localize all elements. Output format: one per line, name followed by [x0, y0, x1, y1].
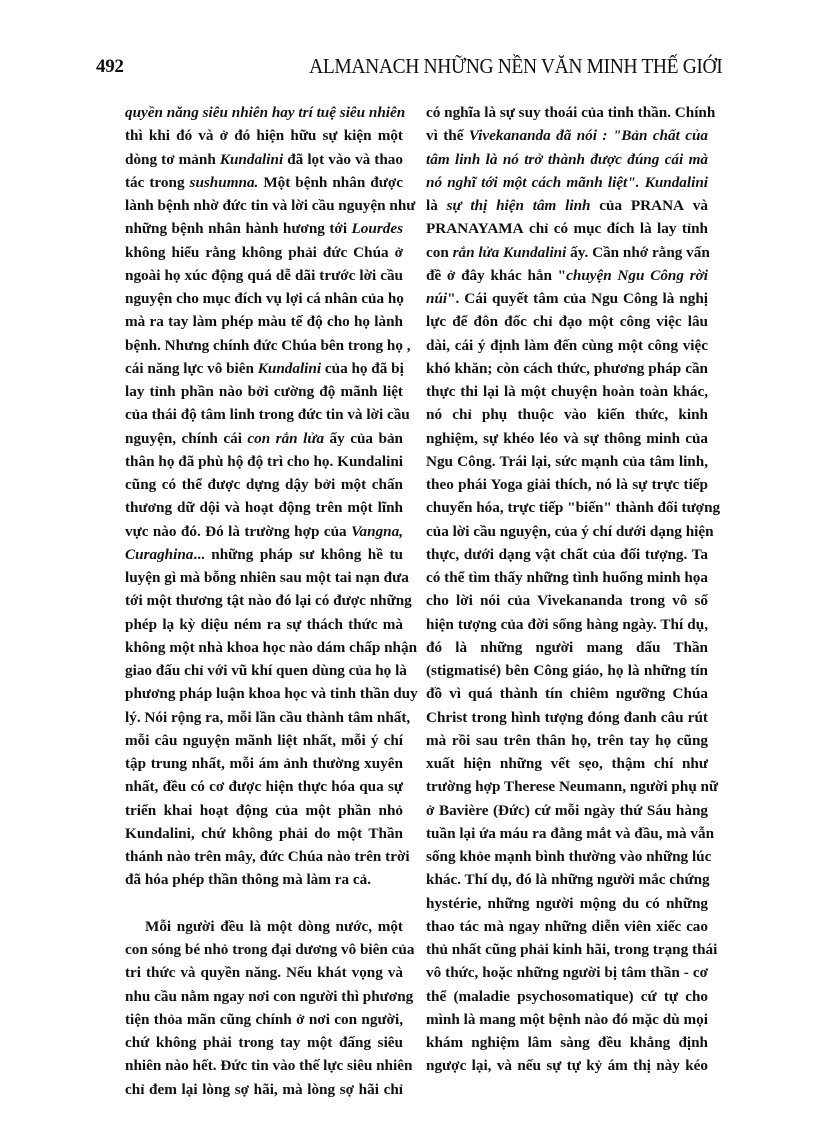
text-line: thể (maladie psychosomatique) cứ tự cho	[426, 985, 708, 1008]
text-run: thực, dưới dạng vật chất của đối tượng. …	[426, 546, 708, 563]
text-line: thương dữ dội và hoạt động trên một lĩnh	[125, 496, 403, 519]
text-line: vô thức, hoặc những người bị tâm thần - …	[426, 961, 708, 984]
book-page: 492 ALMANACH NHỮNG NỀN VĂN MINH THẾ GIỚI…	[0, 0, 816, 1123]
text-run: phương pháp luận khoa học và tinh thần d…	[125, 685, 418, 702]
text-run: vì thế	[426, 127, 469, 144]
text-line: lực để đôn đốc chỉ đạo một công việc lâu	[426, 310, 708, 333]
text-run: thánh nào trên mây, đức Chúa nào trên tr…	[125, 848, 410, 865]
text-line: có nghĩa là sự suy thoái của tinh thần. …	[426, 101, 708, 124]
italic-text: rắn lửa Kundalini	[453, 244, 567, 261]
text-line: đó là những người mang dấu Thần	[426, 636, 708, 659]
text-run: nhất, đều có cơ được hiện thực hóa qua s…	[125, 778, 403, 795]
text-line: cũng có thể được dựng dậy bởi một chấn	[125, 473, 403, 496]
text-run: không một nhà khoa học nào dám chấp nhận	[125, 639, 417, 656]
italic-text: con rắn lửa	[247, 430, 324, 447]
italic-text: Kundalini	[645, 174, 708, 191]
text-line: con sóng bé nhỏ trong đại dương vô biên …	[125, 938, 403, 961]
text-run: chứ không phải trong tay một đấng siêu	[125, 1034, 403, 1051]
text-run: của thái độ tâm linh trong đức tin và lờ…	[125, 406, 410, 423]
text-run: con	[426, 244, 453, 261]
text-run: nguyện, chính cái	[125, 430, 247, 447]
text-run: PRANAYAMA	[426, 220, 524, 237]
right-column: có nghĩa là sự suy thoái của tinh thần. …	[426, 101, 708, 1078]
text-line: thực, dưới dạng vật chất của đối tượng. …	[426, 543, 708, 566]
text-run: của họ đã bị	[321, 360, 404, 377]
italic-text: sự thị hiện tâm linh	[447, 197, 591, 214]
text-line: đã hóa phép thần thông mà làm ra cả.	[125, 868, 403, 891]
text-line: đồ vì quá thành tín chiêm ngưỡng Chúa	[426, 682, 708, 705]
text-line: Mỗi người đều là một dòng nước, một	[125, 915, 403, 938]
text-run: lý. Nói rộng ra, mỗi lần cầu thành tâm n…	[125, 709, 410, 726]
paragraph-gap	[125, 892, 403, 915]
text-run: hystérie, những người mộng du có những	[426, 895, 708, 912]
text-run: ấy của bản	[324, 430, 403, 447]
text-run: có nghĩa là sự suy thoái của tinh thần. …	[426, 104, 715, 121]
text-line: tới một thương tật nào đó lại có được nh…	[125, 589, 403, 612]
text-run: ngoài họ xúc động quá dễ dãi trước lời c…	[125, 267, 403, 284]
text-run: cho lời nói của Vivekananda trong vô số	[426, 592, 708, 609]
text-run: thân họ đã phù hộ độ trì cho họ. Kundali…	[125, 453, 403, 470]
text-line: lý. Nói rộng ra, mỗi lần cầu thành tâm n…	[125, 706, 403, 729]
text-line: núi". Cái quyết tâm của Ngu Công là nghị	[426, 287, 708, 310]
text-line: sống khỏe mạnh bình thường vào những lúc	[426, 845, 708, 868]
text-line: thực thi lại là một chuyện hoàn toàn khá…	[426, 380, 708, 403]
text-run: mỗi câu nguyện mãnh liệt nhất, mỗi ý chí	[125, 732, 403, 749]
text-line: mà ra tay làm phép màu tế độ cho họ lành	[125, 310, 403, 333]
text-run: có thể tìm thấy những tình huống minh họ…	[426, 569, 708, 586]
text-line: chuyển hóa, trực tiếp "biến" thành đối t…	[426, 496, 708, 519]
text-line: lành bệnh nhờ đức tin và lời cầu nguyện …	[125, 194, 403, 217]
text-run: phép lạ kỳ diệu ném ra sự thách thức mà	[125, 616, 403, 633]
text-run: vực nào đó. Đó là trường hợp của	[125, 523, 351, 540]
text-line: của thái độ tâm linh trong đức tin và lờ…	[125, 403, 403, 426]
text-run: cái năng lực vô biên	[125, 360, 258, 377]
text-run: của lời cầu nguyện, của ý chí dưới dạng …	[426, 523, 714, 540]
text-line: nghiệm, sự khéo léo và sự thông minh của	[426, 427, 708, 450]
text-line: vực nào đó. Đó là trường hợp của Vangna,	[125, 520, 403, 543]
text-line: những bệnh nhân hành hương tới Lourdes	[125, 217, 403, 240]
text-line: đề ở đây khác hẳn "chuyện Ngu Công rời	[426, 264, 708, 287]
text-run: sống khỏe mạnh bình thường vào những lúc	[426, 848, 711, 865]
text-line: dòng tơ mảnh Kundalini đã lọt vào và tha…	[125, 148, 403, 171]
text-line: nguyện, chính cái con rắn lửa ấy của bản	[125, 427, 403, 450]
page-header: 492 ALMANACH NHỮNG NỀN VĂN MINH THẾ GIỚI	[96, 54, 722, 84]
text-run: (stigmatisé) bên Công giáo, họ là những …	[426, 662, 708, 679]
text-run: cũng có thể được dựng dậy bởi một chấn	[125, 476, 403, 493]
text-line: khó khăn; còn cách thức, phương pháp cần	[426, 357, 708, 380]
text-run: tập trung nhất, mỗi ám ảnh thường xuyên	[125, 755, 403, 772]
text-run: Kundalini, chứ không phải do một Thần	[125, 825, 403, 842]
text-run: tác trong	[125, 174, 190, 191]
text-run: mình là mang một bệnh nào đó mặc dù mọi	[426, 1011, 708, 1028]
text-run: và	[684, 197, 708, 214]
paragraph-2: Mỗi người đều là một dòng nước, mộtcon s…	[125, 915, 403, 1101]
text-run: vô thức, hoặc những người bị tâm thần - …	[426, 964, 708, 981]
text-run: tiện thỏa mãn cũng chính ở nơi con người…	[125, 1011, 403, 1028]
text-run: Christ trong hình tượng đóng đanh câu rú…	[426, 709, 708, 726]
text-run: ngược lại, và nếu sự tự kỷ ám thị này ké…	[426, 1057, 708, 1074]
running-title: ALMANACH NHỮNG NỀN VĂN MINH THẾ GIỚI	[309, 54, 722, 79]
text-run: Mỗi người đều là một dòng nước, một	[145, 918, 403, 935]
text-line: tuần lại ứa máu ra đằng mắt và đầu, mà v…	[426, 822, 708, 845]
text-line: hystérie, những người mộng du có những	[426, 892, 708, 915]
italic-text: Lourdes	[352, 220, 403, 237]
text-run: nó chỉ phụ thuộc vào kiến thức, kinh	[426, 406, 708, 423]
italic-text: tâm linh là nó trở thành được đúng cái m…	[426, 151, 708, 168]
text-line: ở Bavière (Đức) cứ mỗi ngày thứ Sáu hàng	[426, 799, 708, 822]
text-line: cho lời nói của Vivekananda trong vô số	[426, 589, 708, 612]
text-run: Ngu Công. Trái lại, sức mạnh của tâm lin…	[426, 453, 708, 470]
italic-text: nó nghĩ tới một cách mãnh liệt".	[426, 174, 640, 191]
text-line: (stigmatisé) bên Công giáo, họ là những …	[426, 659, 708, 682]
text-line: PRANAYAMA chỉ có mục đích là lay tỉnh	[426, 217, 708, 240]
text-line: thân họ đã phù hộ độ trì cho họ. Kundali…	[125, 450, 403, 473]
text-run: thực thi lại là một chuyện hoàn toàn khá…	[426, 383, 708, 400]
text-run: nhu cầu nằm ngay nơi con người thì phươn…	[125, 988, 413, 1005]
text-run: thủ nhất cũng phải kinh hãi, trong trạng…	[426, 941, 717, 958]
text-run: đã hóa phép thần thông mà làm ra cả.	[125, 871, 371, 888]
text-line: của lời cầu nguyện, của ý chí dưới dạng …	[426, 520, 708, 543]
text-run: ". Cái quyết tâm của Ngu Công là nghị	[447, 290, 708, 307]
text-line: nguyện cho mục đích vụ lợi cá nhân của h…	[125, 287, 403, 310]
text-line: quyền năng siêu nhiên hay trí tuệ siêu n…	[125, 101, 403, 124]
text-line: vì thế Vivekananda đã nói : "Bản chất củ…	[426, 124, 708, 147]
text-line: ngược lại, và nếu sự tự kỷ ám thị này ké…	[426, 1054, 708, 1077]
text-run: theo phái Yoga giải thích, nó là sự trực…	[426, 476, 708, 493]
text-run: thương dữ dội và hoạt động trên một lĩnh	[125, 499, 403, 516]
text-line: lay tỉnh phần nào bởi cường độ mãnh liệt	[125, 380, 403, 403]
left-column: quyền năng siêu nhiên hay trí tuệ siêu n…	[125, 101, 403, 1101]
text-run: tri thức và quyền năng. Nếu khát vọng và	[125, 964, 403, 981]
text-run: tới một thương tật nào đó lại có được nh…	[125, 592, 412, 609]
text-run: mà ra tay làm phép màu tế độ cho họ lành	[125, 313, 403, 330]
text-run: chỉ đem lại lòng sợ hãi, mà lòng sợ hãi …	[125, 1081, 403, 1098]
text-line: luyện gì mà bỗng nhiên sau một tai nạn đ…	[125, 566, 403, 589]
text-run: của	[590, 197, 630, 214]
text-run: đồ vì quá thành tín chiêm ngưỡng Chúa	[426, 685, 708, 702]
text-line: chỉ đem lại lòng sợ hãi, mà lòng sợ hãi …	[125, 1078, 403, 1101]
text-line: Curaghina... những pháp sư không hề tu	[125, 543, 403, 566]
text-run: thao tác mà ngay những diễn viên xiếc ca…	[426, 918, 708, 935]
italic-text: Curaghina	[125, 546, 193, 563]
text-run: con sóng bé nhỏ trong đại dương vô biên …	[125, 941, 414, 958]
paragraph-1: quyền năng siêu nhiên hay trí tuệ siêu n…	[125, 101, 403, 892]
text-run: thể (maladie psychosomatique) cứ tự cho	[426, 988, 708, 1005]
text-run: đó là những người mang dấu Thần	[426, 639, 708, 656]
text-line: là sự thị hiện tâm linh của PRANA và	[426, 194, 708, 217]
text-run: dòng tơ mảnh	[125, 151, 220, 168]
text-run: là	[426, 197, 447, 214]
text-line: thao tác mà ngay những diễn viên xiếc ca…	[426, 915, 708, 938]
page-number: 492	[96, 56, 124, 78]
text-line: khám nghiệm lâm sàng đều khẳng định	[426, 1031, 708, 1054]
text-run: thì khi đó và ở đó hiện hữu sự kiện một	[125, 127, 403, 144]
text-line: nhất, đều có cơ được hiện thực hóa qua s…	[125, 775, 403, 798]
text-run: lay tỉnh phần nào bởi cường độ mãnh liệt	[125, 383, 403, 400]
text-line: nó chỉ phụ thuộc vào kiến thức, kinh	[426, 403, 708, 426]
text-line: cái năng lực vô biên Kundalini của họ đã…	[125, 357, 403, 380]
text-line: tiện thỏa mãn cũng chính ở nơi con người…	[125, 1008, 403, 1031]
text-line: theo phái Yoga giải thích, nó là sự trực…	[426, 473, 708, 496]
text-line: xuất hiện những vết sẹo, thậm chí như	[426, 752, 708, 775]
text-run: lành bệnh nhờ đức tin và lời cầu nguyện …	[125, 197, 415, 214]
text-line: chứ không phải trong tay một đấng siêu	[125, 1031, 403, 1054]
text-run: hiện tượng của đời sống hàng ngày. Thí d…	[426, 616, 708, 633]
text-run: ở Bavière (Đức) cứ mỗi ngày thứ Sáu hàng	[426, 802, 708, 819]
text-line: con rắn lửa Kundalini ấy. Cần nhớ rằng v…	[426, 241, 708, 264]
italic-text: Kundalini	[258, 360, 321, 377]
text-line: Kundalini, chứ không phải do một Thần	[125, 822, 403, 845]
text-line: trường hợp Therese Neumann, người phụ nữ	[426, 775, 708, 798]
text-line: ngoài họ xúc động quá dễ dãi trước lời c…	[125, 264, 403, 287]
text-run: đề ở đây khác hẳn "	[426, 267, 566, 284]
text-line: Ngu Công. Trái lại, sức mạnh của tâm lin…	[426, 450, 708, 473]
text-line: Christ trong hình tượng đóng đanh câu rú…	[426, 706, 708, 729]
italic-text: Vangna,	[351, 523, 403, 540]
text-line: không hiểu rằng không phải đức Chúa ở	[125, 241, 403, 264]
text-line: tác trong sushumna. Một bệnh nhân được	[125, 171, 403, 194]
text-run: nhiên nào hết. Đức tin vào thế lực siêu …	[125, 1057, 412, 1074]
text-line: tâm linh là nó trở thành được đúng cái m…	[426, 148, 708, 171]
text-run: dài, cái ý định làm đến cùng một công vi…	[426, 337, 708, 354]
italic-text: chuyện Ngu Công rời	[566, 267, 708, 284]
text-line: không một nhà khoa học nào dám chấp nhận	[125, 636, 403, 659]
italic-text: Vivekananda đã nói : "Bản chất của	[469, 127, 708, 144]
italic-text: núi	[426, 290, 447, 307]
text-run: triển khai hoạt động của một phần nhỏ	[125, 802, 403, 819]
text-line: dài, cái ý định làm đến cùng một công vi…	[426, 334, 708, 357]
text-line: nhu cầu nằm ngay nơi con người thì phươn…	[125, 985, 403, 1008]
text-run: luyện gì mà bỗng nhiên sau một tai nạn đ…	[125, 569, 409, 586]
text-run: nghiệm, sự khéo léo và sự thông minh của	[426, 430, 708, 447]
text-run: chỉ có mục đích là lay tỉnh	[524, 220, 708, 237]
text-line: triển khai hoạt động của một phần nhỏ	[125, 799, 403, 822]
text-run: đã lọt vào và thao	[283, 151, 403, 168]
text-run: khác. Thí dụ, đó là những người mắc chứn…	[426, 871, 710, 888]
text-run: những bệnh nhân hành hương tới	[125, 220, 352, 237]
text-run: tuần lại ứa máu ra đằng mắt và đầu, mà v…	[426, 825, 714, 842]
text-run: chuyển hóa, trực tiếp "biến" thành đối t…	[426, 499, 720, 516]
text-line: thủ nhất cũng phải kinh hãi, trong trạng…	[426, 938, 708, 961]
text-run: khó khăn; còn cách thức, phương pháp cần	[426, 360, 708, 377]
text-line: giao đấu chỉ với vũ khí quen dùng của họ…	[125, 659, 403, 682]
text-run: xuất hiện những vết sẹo, thậm chí như	[426, 755, 708, 772]
text-line: bệnh. Nhưng chính đức Chúa bên trong họ …	[125, 334, 403, 357]
text-run: ấy. Cần nhớ rằng vấn	[566, 244, 709, 261]
text-run: giao đấu chỉ với vũ khí quen dùng của họ…	[125, 662, 407, 679]
text-line: nhiên nào hết. Đức tin vào thế lực siêu …	[125, 1054, 403, 1077]
text-run: mà rồi sau trên thân họ, trên tay họ cũn…	[426, 732, 708, 749]
text-run: Một bệnh nhân được	[258, 174, 403, 191]
text-line: có thể tìm thấy những tình huống minh họ…	[426, 566, 708, 589]
text-run: bệnh. Nhưng chính đức Chúa bên trong họ …	[125, 337, 411, 354]
text-run: trường hợp Therese Neumann, người phụ nữ	[426, 778, 718, 795]
text-run: nguyện cho mục đích vụ lợi cá nhân của h…	[125, 290, 404, 307]
text-line: phép lạ kỳ diệu ném ra sự thách thức mà	[125, 613, 403, 636]
text-run: không hiểu rằng không phải đức Chúa ở	[125, 244, 403, 261]
paragraph-continued: có nghĩa là sự suy thoái của tinh thần. …	[426, 101, 708, 1078]
text-line: mỗi câu nguyện mãnh liệt nhất, mỗi ý chí	[125, 729, 403, 752]
text-line: thì khi đó và ở đó hiện hữu sự kiện một	[125, 124, 403, 147]
text-line: mình là mang một bệnh nào đó mặc dù mọi	[426, 1008, 708, 1031]
text-line: hiện tượng của đời sống hàng ngày. Thí d…	[426, 613, 708, 636]
text-run: ... những pháp sư không hề tu	[193, 546, 403, 563]
text-line: tập trung nhất, mỗi ám ảnh thường xuyên	[125, 752, 403, 775]
text-run: PRANA	[631, 197, 684, 214]
italic-text: Kundalini	[220, 151, 283, 168]
text-line: khác. Thí dụ, đó là những người mắc chứn…	[426, 868, 708, 891]
text-line: tri thức và quyền năng. Nếu khát vọng và	[125, 961, 403, 984]
text-run: khám nghiệm lâm sàng đều khẳng định	[426, 1034, 708, 1051]
text-run: lực để đôn đốc chỉ đạo một công việc lâu	[426, 313, 708, 330]
text-line: thánh nào trên mây, đức Chúa nào trên tr…	[125, 845, 403, 868]
italic-text: sushumna.	[190, 174, 259, 191]
text-line: nó nghĩ tới một cách mãnh liệt". Kundali…	[426, 171, 708, 194]
italic-text: quyền năng siêu nhiên hay trí tuệ siêu n…	[125, 104, 405, 121]
text-line: phương pháp luận khoa học và tinh thần d…	[125, 682, 403, 705]
text-line: mà rồi sau trên thân họ, trên tay họ cũn…	[426, 729, 708, 752]
